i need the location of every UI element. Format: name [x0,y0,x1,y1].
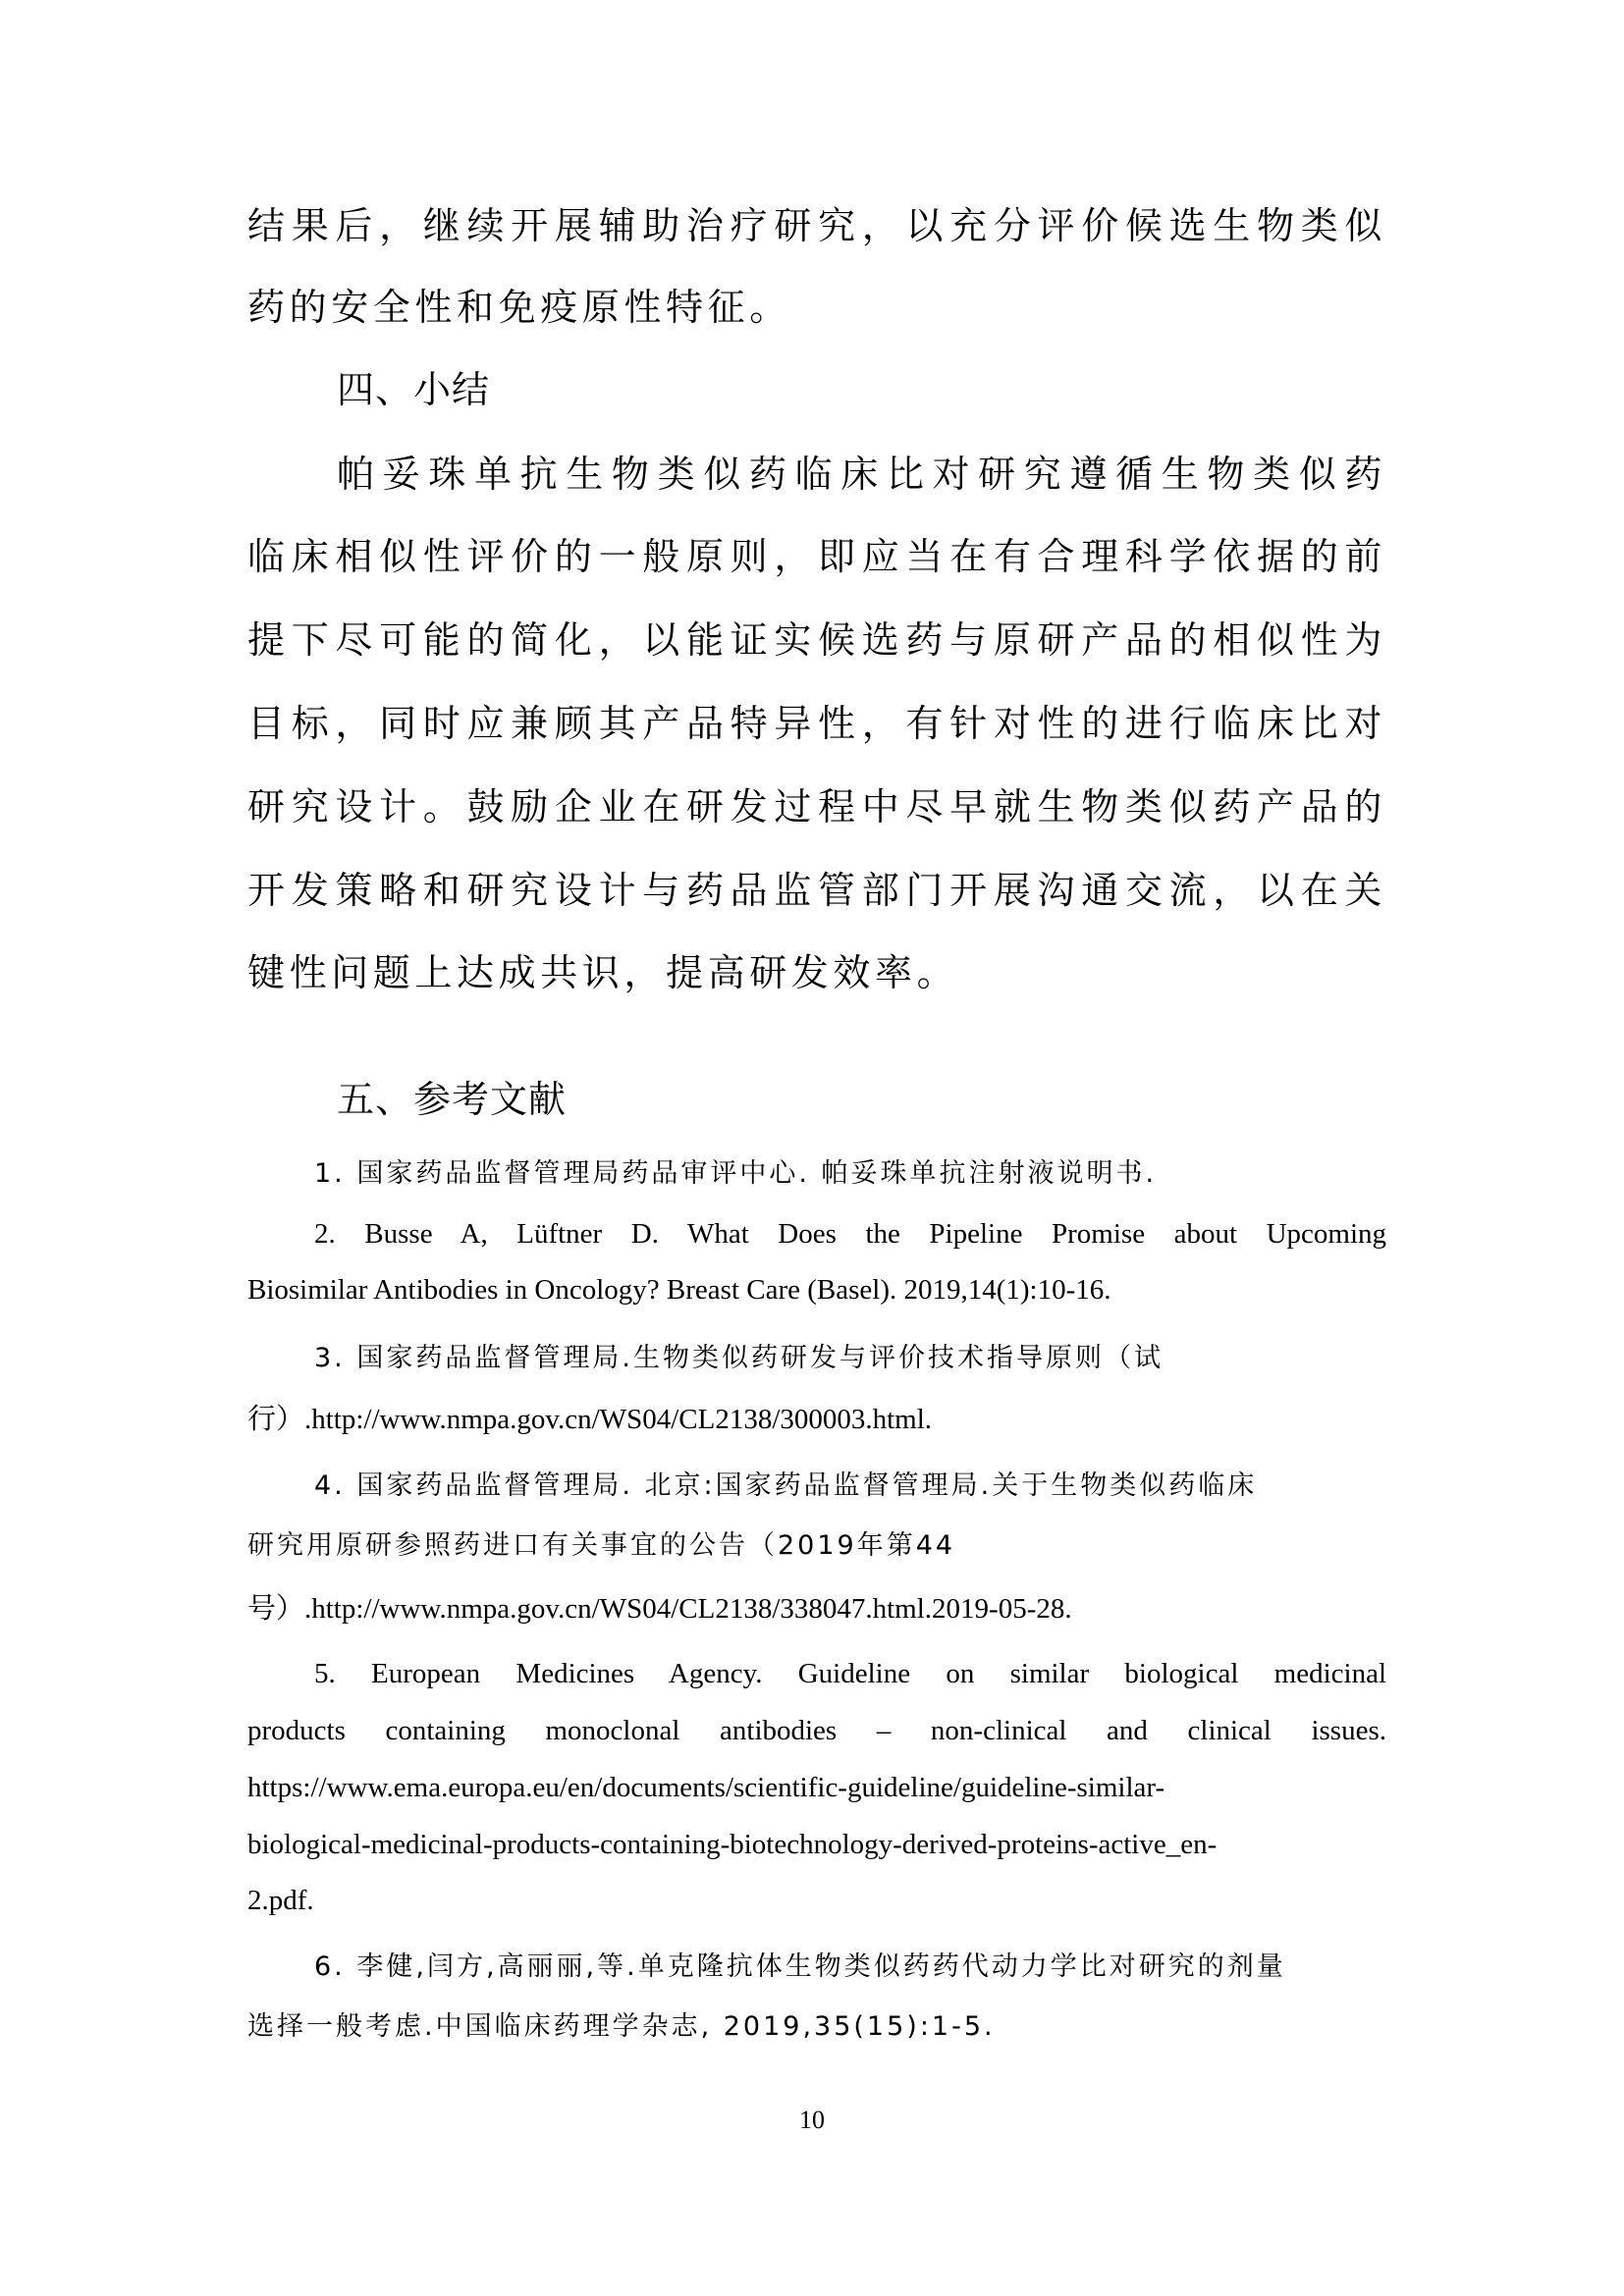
reference-text: European Medicines Agency. Guideline on … [371,1658,1386,1689]
reference-item: 6. 李健,闫方,高丽丽,等.单克隆抗体生物类似药药代动力学比对研究的剂量 [314,1949,1386,1986]
reference-text-continued: 研究用原研参照药进口有关事宜的公告（2019年第44 [247,1527,1386,1565]
reference-text-continued: https://www.ema.europa.eu/en/documents/s… [247,1769,1386,1806]
reference-text: Busse A, Lüftner D. What Does the Pipeli… [364,1218,1386,1250]
reference-number: 4. [314,1470,346,1501]
body-text-line: 药的安全性和免疫原性特征。 [247,283,1386,332]
reference-item: 4. 国家药品监督管理局. 北京:国家药品监督管理局.关于生物类似药临床 [314,1468,1386,1505]
section-heading-summary: 四、小结 [337,365,490,414]
body-text-line: 开发策略和研究设计与药品监管部门开展沟通交流，以在关 [247,866,1386,915]
reference-number: 3. [314,1343,346,1373]
reference-item: 1. 国家药品监督管理局药品审评中心. 帕妥珠单抗注射液说明书. [314,1155,1386,1193]
body-text-line: 帕妥珠单抗生物类似药临床比对研究遵循生物类似药 [337,450,1386,499]
reference-item: 5. European Medicines Agency. Guideline … [314,1655,1386,1692]
section-heading-references: 五、参考文献 [337,1075,567,1124]
reference-text: 国家药品监督管理局.生物类似药研发与评价技术指导原则（试 [356,1343,1164,1373]
reference-number: 6. [314,1951,346,1982]
reference-text: 国家药品监督管理局药品审评中心. 帕妥珠单抗注射液说明书. [356,1158,1157,1189]
document-page: 结果后，继续开展辅助治疗研究，以充分评价候选生物类似 药的安全性和免疫原性特征。… [0,0,1624,2296]
body-text-line: 结果后，继续开展辅助治疗研究，以充分评价候选生物类似 [247,201,1386,250]
body-text-line: 提下尽可能的简化，以能证实候选药与原研产品的相似性为 [247,615,1386,665]
reference-number: 1. [314,1158,346,1189]
reference-text-continued: 号）.http://www.nmpa.gov.cn/WS04/CL2138/33… [247,1590,1386,1628]
body-text-line: 目标，同时应兼顾其产品特异性，有针对性的进行临床比对 [247,699,1386,748]
reference-text-continued: 行）.http://www.nmpa.gov.cn/WS04/CL2138/30… [247,1401,1386,1438]
page-number: 10 [0,2106,1624,2135]
reference-text: 国家药品监督管理局. 北京:国家药品监督管理局.关于生物类似药临床 [356,1470,1257,1501]
reference-text-continued: 2.pdf. [247,1882,1386,1919]
reference-text-continued: products containing monoclonal antibodie… [247,1712,1386,1749]
reference-number: 5. [314,1658,336,1689]
reference-item: 2. Busse A, Lüftner D. What Does the Pip… [314,1215,1386,1253]
reference-text-continued: biological-medicinal-products-containing… [247,1826,1386,1863]
reference-number: 2. [314,1218,336,1250]
body-text-line: 键性问题上达成共识，提高研发效率。 [247,948,1386,997]
body-text-line: 研究设计。鼓励企业在研发过程中尽早就生物类似药产品的 [247,782,1386,831]
reference-text-continued: 选择一般考虑.中国临床药理学杂志, 2019,35(15):1-5. [247,2008,1386,2046]
reference-text-continued: Biosimilar Antibodies in Oncology? Breas… [247,1271,1386,1308]
body-text-line: 临床相似性评价的一般原则，即应当在有合理科学依据的前 [247,532,1386,581]
reference-item: 3. 国家药品监督管理局.生物类似药研发与评价技术指导原则（试 [314,1340,1386,1377]
reference-text: 李健,闫方,高丽丽,等.单克隆抗体生物类似药药代动力学比对研究的剂量 [356,1951,1285,1982]
